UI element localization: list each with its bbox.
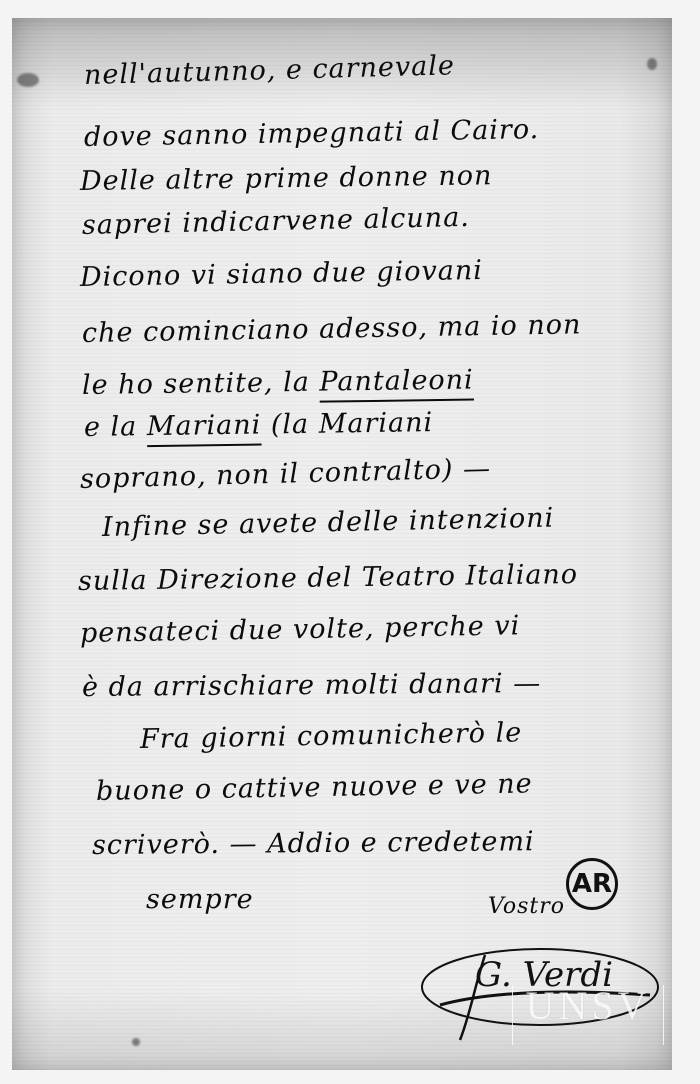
- ink-smudge: [17, 73, 39, 87]
- letter-line-13: è da arrischiare molti danari —: [82, 668, 541, 703]
- letter-line-8: e la Mariani (la Mariani: [84, 407, 434, 443]
- letter-line-3: Delle altre prime donne non: [80, 160, 493, 197]
- monogram-stamp: AR: [566, 858, 618, 910]
- closing-word: Vostro: [488, 894, 565, 919]
- watermark-text: UNSV: [513, 985, 663, 1027]
- letter-line-16: scriverò. — Addio e credetemi: [92, 826, 535, 861]
- letter-line-17: sempre: [146, 884, 254, 915]
- underlined-name-pantaleoni: Pantaleoni: [319, 365, 474, 398]
- ink-smudge: [647, 58, 657, 70]
- letter-line-7: le ho sentite, la Pantaleoni: [82, 365, 474, 401]
- underlined-name-mariani: Mariani: [147, 410, 262, 443]
- ink-smudge: [132, 1038, 140, 1046]
- archive-watermark: UNSV: [512, 985, 664, 1045]
